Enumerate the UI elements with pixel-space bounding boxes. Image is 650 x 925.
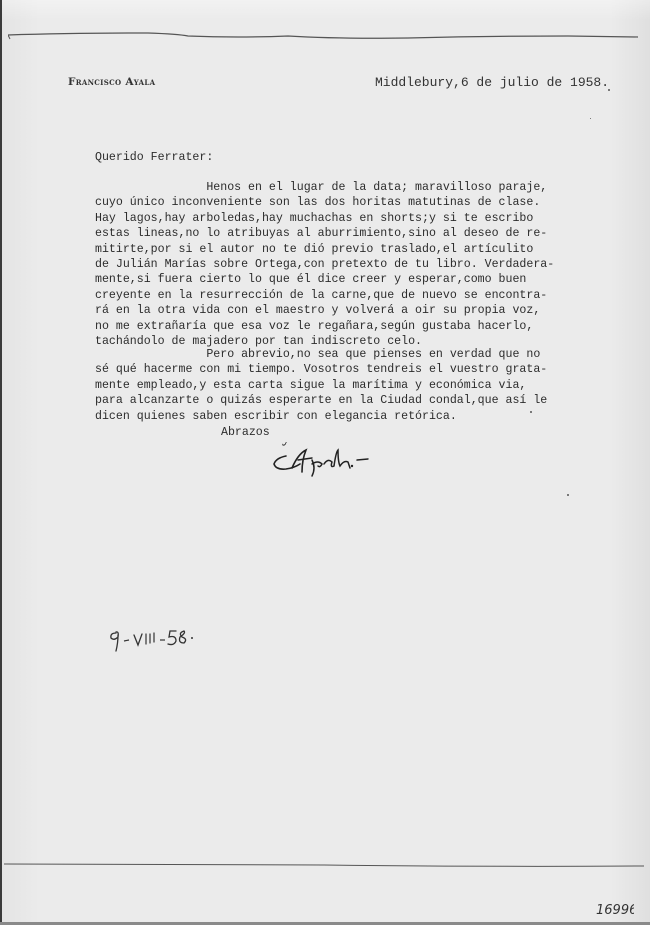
ink-speck [590, 118, 591, 119]
text-line: dicen quienes saben escribir con eleganc… [95, 409, 547, 424]
text-line: Hay lagos,hay arboledas,hay muchachas en… [95, 211, 554, 226]
closing: Abrazos [221, 425, 270, 440]
handwritten-signature: Ayala.- [272, 442, 372, 480]
svg-text:Ayala.-: Ayala.- [272, 442, 318, 446]
place-and-date: Middlebury,6 de julio de 1958. [375, 75, 609, 90]
text-line: para alcanzarte o quizás esperarte en la… [95, 393, 547, 408]
text-line: mente,si fuera cierto lo que él dice cre… [95, 272, 554, 287]
letterhead-sender: Francisco Ayala [68, 76, 155, 88]
top-fold-line [8, 30, 638, 40]
text-line: cuyo único inconveniente son las dos hor… [95, 195, 554, 210]
text-line: mente empleado,y esta carta sigue la mar… [95, 378, 547, 393]
letter-page: Francisco Ayala Middlebury,6 de julio de… [0, 0, 650, 925]
svg-text:16996: 16996 [596, 903, 634, 918]
text-line: mitirte,por si el autor no te dió previo… [95, 242, 554, 257]
bottom-fold-line [4, 862, 644, 868]
text-line: rá en la otra vida con el maestro y volv… [95, 303, 554, 318]
text-line: de Julián Marías sobre Ortega,con pretex… [95, 257, 554, 272]
ink-speck [608, 89, 610, 91]
body-paragraph-2: Pero abrevio,no sea que pienses en verda… [95, 347, 547, 424]
text-line: estas lineas,no lo atribuyas al aburrimi… [95, 226, 554, 241]
text-line: creyente en la resurrección de la carne,… [95, 288, 554, 303]
text-line: no me extrañaría que esa voz le regañara… [95, 319, 554, 334]
page-left-edge [0, 0, 2, 925]
text-line: Henos en el lugar de la data; maravillos… [95, 180, 554, 195]
text-line: Pero abrevio,no sea que pienses en verda… [95, 347, 547, 362]
salutation: Querido Ferrater: [95, 150, 213, 165]
text-line: sé qué hacerme con mi tiempo. Vosotros t… [95, 362, 547, 377]
ink-speck [530, 411, 532, 413]
ink-speck [567, 494, 569, 496]
archive-number-annotation: 16996 [594, 898, 634, 918]
svg-text:9-VIII-58.: 9-VIII-58. [108, 623, 174, 627]
handwritten-date-annotation: 9-VIII-58. [108, 623, 218, 653]
body-paragraph-1: Henos en el lugar de la data; maravillos… [95, 180, 554, 349]
